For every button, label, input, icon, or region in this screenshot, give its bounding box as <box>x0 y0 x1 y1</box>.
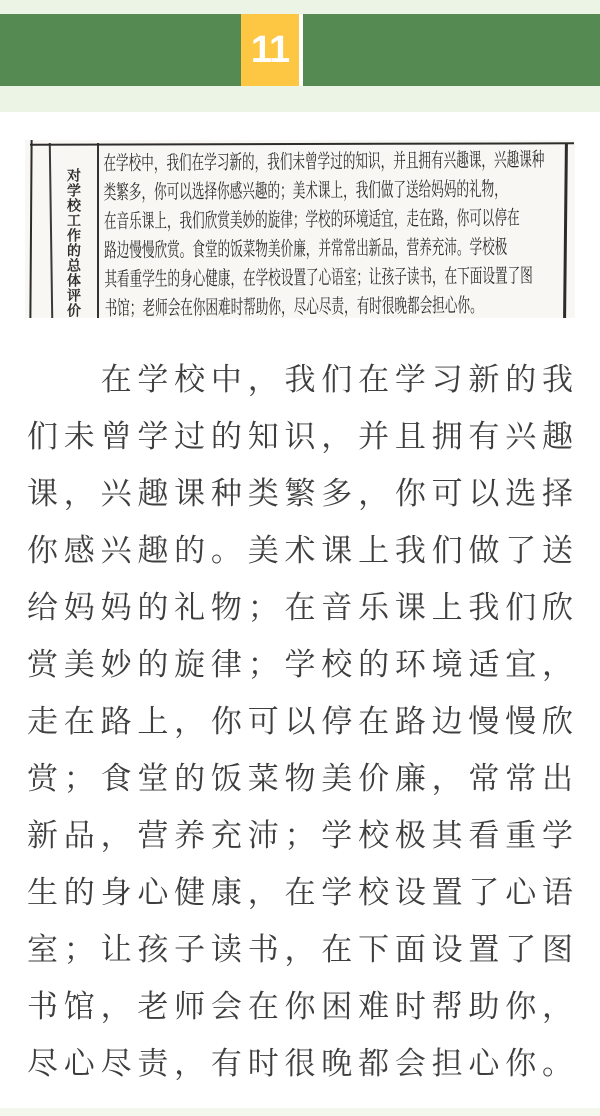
sub-strip <box>0 86 600 112</box>
scan-handwriting-line: 在音乐课上，我们欣赏美妙的旋律；学校的环境适宜，走在路，你可以停在 <box>104 204 397 236</box>
paragraph-line: 新品，营养充沛；学校极其看重学 <box>27 808 573 865</box>
paragraph-line: 你感兴趣的。美术课上我们做了送 <box>27 523 573 580</box>
scan-handwriting-line: 类繁多，你可以选择你感兴趣的；美术课上，我们做了送给妈妈的礼物， <box>104 175 397 207</box>
scan-handwriting-line: 路边慢慢欣赏。食堂的饭菜物美价廉，并常常出新品，营养充沛。学校极 <box>104 233 397 265</box>
top-strip <box>0 0 600 14</box>
paragraph-line: 在学校中，我们在学习新的我 <box>27 352 573 409</box>
paragraph-line: 们未曾学过的知识，并且拥有兴趣 <box>27 409 573 466</box>
scan-handwriting-line: 在学校中，我们在学习新的，我们未曾学过的知识，并且拥有兴趣课，兴趣课种 <box>103 146 396 178</box>
paragraph-line: 生的身心健康，在学校设置了心语 <box>27 865 573 922</box>
scan-table-inner-border-right <box>97 143 99 318</box>
paragraph-line: 书馆，老师会在你困难时帮助你， <box>27 979 573 1036</box>
scanned-handwriting-image[interactable]: 对学校工作的总体评价 在学校中，我们在学习新的，我们未曾学过的知识，并且拥有兴趣… <box>25 140 575 318</box>
scan-table-inner-border-left <box>49 143 53 318</box>
paragraph-line: 赏；食堂的饭菜物美价廉，常常出 <box>27 751 573 808</box>
chapter-tab-divider <box>299 14 303 86</box>
scan-handwriting-line: 书馆；老师会在你困难时帮助你，尽心尽责，有时很晚都会担心你。 <box>105 291 398 318</box>
scan-vertical-label: 对学校工作的总体评价 <box>57 168 89 318</box>
page: 11 对学校工作的总体评价 在学校中，我们在学习新的，我们未曾学过的知识，并且拥… <box>0 0 600 1116</box>
paragraph-line: 室；让孩子读书，在下面设置了图 <box>27 922 573 979</box>
paragraph-line: 尽心尽责，有时很晚都会担心你。 <box>27 1036 573 1093</box>
bottom-strip <box>0 1108 600 1116</box>
chapter-number: 11 <box>251 29 289 72</box>
scan-handwriting-line: 其看重学生的身心健康，在学校设置了心语室；让孩子读书，在下面设置了图 <box>104 262 397 294</box>
transcription-paragraph: 在学校中，我们在学习新的我们未曾学过的知识，并且拥有兴趣课，兴趣课种类繁多，你可… <box>27 352 573 1093</box>
paragraph-line: 赏美妙的旋律；学校的环境适宜， <box>27 637 573 694</box>
scan-table-left-border <box>29 140 32 318</box>
scan-handwriting-block: 在学校中，我们在学习新的，我们未曾学过的知识，并且拥有兴趣课，兴趣课种类繁多，你… <box>103 145 569 318</box>
paragraph-line: 课，兴趣课种类繁多，你可以选择 <box>27 466 573 523</box>
paragraph-line: 给妈妈的礼物；在音乐课上我们欣 <box>27 580 573 637</box>
chapter-tab: 11 <box>241 14 299 86</box>
paragraph-line: 走在路上，你可以停在路边慢慢欣 <box>27 694 573 751</box>
